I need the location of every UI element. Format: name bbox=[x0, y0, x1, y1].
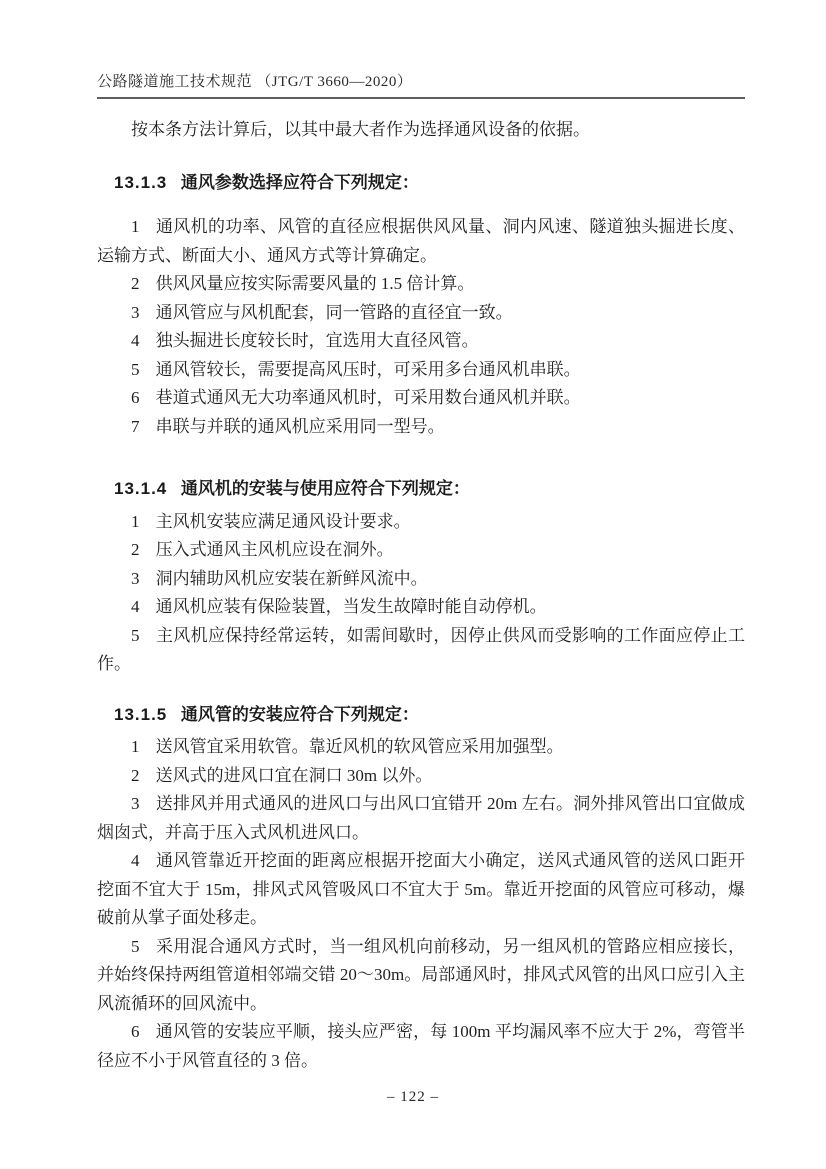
item-number: 5 bbox=[131, 360, 140, 379]
item-number: 1 bbox=[131, 512, 140, 531]
item-number: 1 bbox=[131, 217, 140, 236]
list-item: 3送排风并用式通风的进风口与出风口宜错开 20m 左右。洞外排风管出口宜做成烟囱… bbox=[97, 790, 745, 847]
list-item: 4独头掘进长度较长时，宜选用大直径风管。 bbox=[97, 327, 745, 356]
item-text: 通风机应装有保险装置，当发生故障时能自动停机。 bbox=[156, 597, 547, 616]
item-number: 1 bbox=[131, 737, 140, 756]
item-text: 主风机安装应满足通风设计要求。 bbox=[156, 512, 411, 531]
list-item: 6巷道式通风无大功率通风机时，可采用数台通风机并联。 bbox=[97, 384, 745, 413]
section-title: 通风管的安装应符合下列规定： bbox=[181, 705, 419, 724]
item-text: 通风机的功率、风管的直径应根据供风风量、洞内风速、隧道独头掘进长度、运输方式、断… bbox=[97, 217, 745, 265]
section-13-1-5: 13.1.5通风管的安装应符合下列规定： 1送风管宜采用软管。靠近风机的软风管应… bbox=[97, 701, 745, 1076]
item-number: 5 bbox=[131, 626, 140, 645]
item-number: 2 bbox=[131, 766, 140, 785]
item-text: 送风式的进风口宜在洞口 30m 以外。 bbox=[156, 766, 433, 785]
list-item: 5采用混合通风方式时，当一组风机向前移动，另一组风机的管路应相应接长，并始终保持… bbox=[97, 933, 745, 1019]
item-text: 串联与并联的通风机应采用同一型号。 bbox=[156, 417, 445, 436]
list-item: 2送风式的进风口宜在洞口 30m 以外。 bbox=[97, 762, 745, 791]
item-number: 2 bbox=[131, 274, 140, 293]
section-13-1-4: 13.1.4通风机的安装与使用应符合下列规定： 1主风机安装应满足通风设计要求。… bbox=[97, 475, 745, 679]
item-text: 供风风量应按实际需要风量的 1.5 倍计算。 bbox=[156, 274, 475, 293]
page-header: 公路隧道施工技术规范 （JTG/T 3660—2020） bbox=[97, 70, 745, 99]
section-title: 通风参数选择应符合下列规定： bbox=[181, 173, 419, 192]
list-item: 1送风管宜采用软管。靠近风机的软风管应采用加强型。 bbox=[97, 733, 745, 762]
list-item: 5通风管较长，需要提高风压时，可采用多台通风机串联。 bbox=[97, 356, 745, 385]
item-number: 4 bbox=[131, 331, 140, 350]
list-item: 2压入式通风主风机应设在洞外。 bbox=[97, 536, 745, 565]
item-text: 送排风并用式通风的进风口与出风口宜错开 20m 左右。洞外排风管出口宜做成烟囱式… bbox=[97, 794, 745, 842]
section-number: 13.1.5 bbox=[114, 705, 167, 724]
page-footer: – 122 – bbox=[0, 1089, 826, 1106]
item-number: 7 bbox=[131, 417, 140, 436]
item-text: 采用混合通风方式时，当一组风机向前移动，另一组风机的管路应相应接长，并始终保持两… bbox=[97, 937, 745, 1013]
section-number: 13.1.3 bbox=[114, 173, 167, 192]
list-item: 4通风机应装有保险装置，当发生故障时能自动停机。 bbox=[97, 593, 745, 622]
item-text: 通风管应与风机配套，同一管路的直径宜一致。 bbox=[156, 303, 513, 322]
item-number: 6 bbox=[131, 1022, 140, 1041]
section-heading: 13.1.5通风管的安装应符合下列规定： bbox=[97, 701, 745, 730]
section-number: 13.1.4 bbox=[114, 479, 167, 498]
running-title: 公路隧道施工技术规范 （JTG/T 3660—2020） bbox=[97, 74, 412, 90]
item-number: 3 bbox=[131, 569, 140, 588]
item-text: 通风管靠近开挖面的距离应根据开挖面大小确定，送风式通风管的送风口距开挖面不宜大于… bbox=[97, 851, 745, 927]
item-text: 巷道式通风无大功率通风机时，可采用数台通风机并联。 bbox=[156, 388, 581, 407]
page-content: 按本条方法计算后，以其中最大者作为选择通风设备的依据。 13.1.3通风参数选择… bbox=[97, 116, 745, 1075]
list-item: 2供风风量应按实际需要风量的 1.5 倍计算。 bbox=[97, 270, 745, 299]
item-text: 洞内辅助风机应安装在新鲜风流中。 bbox=[156, 569, 428, 588]
section-title: 通风机的安装与使用应符合下列规定： bbox=[181, 479, 470, 498]
item-text: 独头掘进长度较长时，宜选用大直径风管。 bbox=[156, 331, 479, 350]
item-text: 主风机应保持经常运转，如需间歇时，因停止供风而受影响的工作面应停止工作。 bbox=[97, 626, 745, 674]
item-number: 3 bbox=[131, 303, 140, 322]
item-text: 压入式通风主风机应设在洞外。 bbox=[156, 540, 394, 559]
section-heading: 13.1.3通风参数选择应符合下列规定： bbox=[97, 169, 745, 198]
list-item: 1主风机安装应满足通风设计要求。 bbox=[97, 508, 745, 537]
page-number: – 122 – bbox=[387, 1089, 439, 1105]
item-number: 6 bbox=[131, 388, 140, 407]
section-heading: 13.1.4通风机的安装与使用应符合下列规定： bbox=[97, 475, 745, 504]
list-item: 6通风管的安装应平顺，接头应严密，每 100m 平均漏风率不应大于 2%，弯管半… bbox=[97, 1018, 745, 1075]
list-item: 1通风机的功率、风管的直径应根据供风风量、洞内风速、隧道独头掘进长度、运输方式、… bbox=[97, 213, 745, 270]
document-page: 公路隧道施工技术规范 （JTG/T 3660—2020） 按本条方法计算后，以其… bbox=[0, 0, 826, 1169]
item-number: 4 bbox=[131, 597, 140, 616]
list-item: 3洞内辅助风机应安装在新鲜风流中。 bbox=[97, 565, 745, 594]
intro-paragraph: 按本条方法计算后，以其中最大者作为选择通风设备的依据。 bbox=[97, 116, 745, 145]
list-item: 3通风管应与风机配套，同一管路的直径宜一致。 bbox=[97, 299, 745, 328]
item-text: 送风管宜采用软管。靠近风机的软风管应采用加强型。 bbox=[156, 737, 564, 756]
list-item: 5主风机应保持经常运转，如需间歇时，因停止供风而受影响的工作面应停止工作。 bbox=[97, 622, 745, 679]
item-text: 通风管较长，需要提高风压时，可采用多台通风机串联。 bbox=[156, 360, 581, 379]
item-number: 4 bbox=[131, 851, 140, 870]
list-item: 7串联与并联的通风机应采用同一型号。 bbox=[97, 413, 745, 442]
item-number: 5 bbox=[131, 937, 140, 956]
item-number: 2 bbox=[131, 540, 140, 559]
list-item: 4通风管靠近开挖面的距离应根据开挖面大小确定，送风式通风管的送风口距开挖面不宜大… bbox=[97, 847, 745, 933]
item-text: 通风管的安装应平顺，接头应严密，每 100m 平均漏风率不应大于 2%，弯管半径… bbox=[97, 1022, 745, 1070]
section-13-1-3: 13.1.3通风参数选择应符合下列规定： 1通风机的功率、风管的直径应根据供风风… bbox=[97, 169, 745, 442]
item-number: 3 bbox=[131, 794, 140, 813]
